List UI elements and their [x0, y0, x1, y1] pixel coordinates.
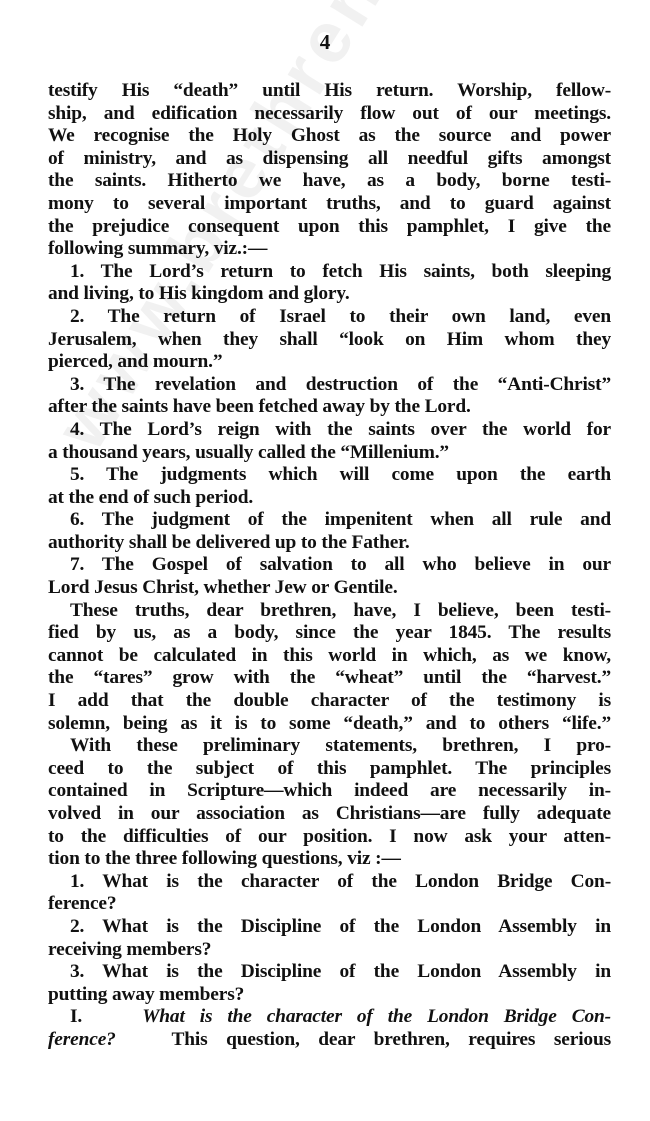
body-text: testify His “death” until His return. Wo…: [48, 80, 611, 1052]
text-line: fied by us, as a body, since the year 18…: [48, 622, 611, 645]
text-line: 3. The revelation and destruction of the…: [48, 374, 611, 397]
text-line: receiving members?: [48, 939, 611, 962]
text-line: 2. The return of Israel to their own lan…: [48, 306, 611, 329]
list-item-truth-5: 5. The judgments which will come upon th…: [48, 464, 611, 509]
text-line: ship, and edification necessarily flow o…: [48, 103, 611, 126]
list-item-truth-4: 4. The Lord’s reign with the saints over…: [48, 419, 611, 464]
text-line: mony to several important truths, and to…: [48, 193, 611, 216]
list-item-question-1: 1. What is the character of the London B…: [48, 871, 611, 916]
list-item-truth-6: 6. The judgment of the impenitent when a…: [48, 509, 611, 554]
text-line: 2. What is the Discipline of the London …: [48, 916, 611, 939]
text-line: and living, to His kingdom and glory.: [48, 283, 611, 306]
text-line: Jerusalem, when they shall “look on Him …: [48, 329, 611, 352]
text-line: a thousand years, usually called the “Mi…: [48, 442, 611, 465]
text-line: the saints. Hitherto we have, as a body,…: [48, 170, 611, 193]
section-heading-I: I. What is the character of the London B…: [48, 1006, 611, 1051]
paragraph-these-truths: These truths, dear brethren, have, I bel…: [48, 600, 611, 736]
text-line: ference?: [48, 893, 611, 916]
text-line: testify His “death” until His return. Wo…: [48, 80, 611, 103]
text-line: following summary, viz.:—: [48, 238, 611, 261]
text-line: ference? This question, dear brethren, r…: [48, 1029, 611, 1052]
section-body-start: This question, dear brethren, requires s…: [172, 1029, 611, 1050]
text-line: 5. The judgments which will come upon th…: [48, 464, 611, 487]
text-line: ceed to the subject of this pamphlet. Th…: [48, 758, 611, 781]
text-line: We recognise the Holy Ghost as the sourc…: [48, 125, 611, 148]
text-line: the “tares” grow with the “wheat” until …: [48, 667, 611, 690]
section-numeral: I.: [70, 1006, 82, 1027]
paragraph-intro: testify His “death” until His return. Wo…: [48, 80, 611, 261]
text-line: at the end of such period.: [48, 487, 611, 510]
text-line: I add that the double character of the t…: [48, 690, 611, 713]
list-item-truth-1: 1. The Lord’s return to fetch His saints…: [48, 261, 611, 306]
text-line: cannot be calculated in this world in wh…: [48, 645, 611, 668]
text-line: after the saints have been fetched away …: [48, 396, 611, 419]
list-item-truth-7: 7. The Gospel of salvation to all who be…: [48, 554, 611, 599]
text-line: 6. The judgment of the impenitent when a…: [48, 509, 611, 532]
text-line: 3. What is the Discipline of the London …: [48, 961, 611, 984]
list-item-question-2: 2. What is the Discipline of the London …: [48, 916, 611, 961]
text-line: 1. What is the character of the London B…: [48, 871, 611, 894]
text-line: to the difficulties of our position. I n…: [48, 826, 611, 849]
list-item-truth-2: 2. The return of Israel to their own lan…: [48, 306, 611, 374]
text-line: I. What is the character of the London B…: [48, 1006, 611, 1029]
text-line: With these preliminary statements, breth…: [48, 735, 611, 758]
text-line: volved in our association as Christians—…: [48, 803, 611, 826]
text-line: the prejudice consequent upon this pamph…: [48, 216, 611, 239]
text-line: These truths, dear brethren, have, I bel…: [48, 600, 611, 623]
list-item-truth-3: 3. The revelation and destruction of the…: [48, 374, 611, 419]
text-line: solemn, being as it is to some “death,” …: [48, 713, 611, 736]
page-number: 4: [0, 30, 650, 55]
section-title-italic-cont: ference?: [48, 1029, 116, 1050]
list-item-question-3: 3. What is the Discipline of the London …: [48, 961, 611, 1006]
text-line: pierced, and mourn.”: [48, 351, 611, 374]
text-line: 7. The Gospel of salvation to all who be…: [48, 554, 611, 577]
text-line: Lord Jesus Christ, whether Jew or Gentil…: [48, 577, 611, 600]
text-line: 1. The Lord’s return to fetch His saints…: [48, 261, 611, 284]
paragraph-preliminary: With these preliminary statements, breth…: [48, 735, 611, 871]
text-line: putting away members?: [48, 984, 611, 1007]
text-line: of ministry, and as dispensing all needf…: [48, 148, 611, 171]
document-page: www.brethrenarchive.org 4 testify His “d…: [0, 0, 650, 1121]
text-line: contained in Scripture—which indeed are …: [48, 780, 611, 803]
text-line: tion to the three following questions, v…: [48, 848, 611, 871]
section-title-italic: What is the character of the London Brid…: [142, 1006, 611, 1027]
text-line: 4. The Lord’s reign with the saints over…: [48, 419, 611, 442]
text-line: authority shall be delivered up to the F…: [48, 532, 611, 555]
